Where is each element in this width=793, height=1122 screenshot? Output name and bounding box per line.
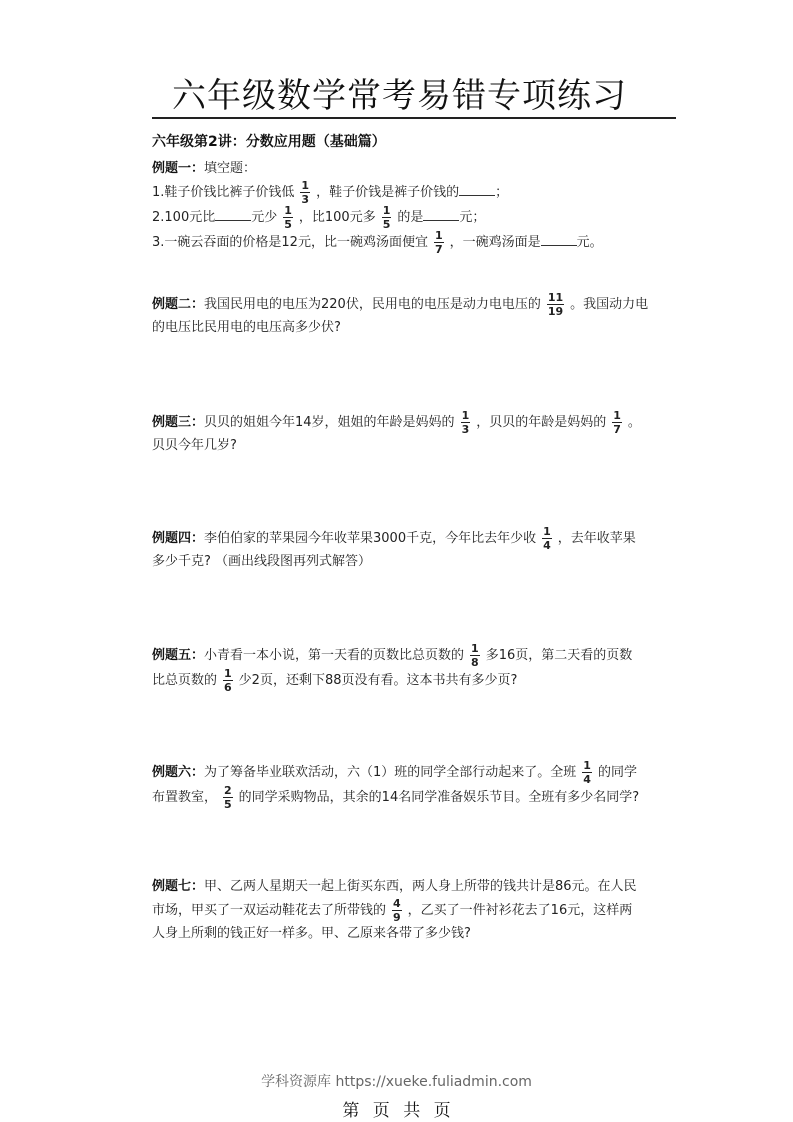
document-title: 六年级数学常考易错专项练习 bbox=[172, 68, 627, 117]
fraction: 17 bbox=[612, 410, 622, 435]
example-7: 例题七：甲、乙两人星期天一起上街买东西，两人身上所带的钱共计是86元。在人民 市… bbox=[152, 876, 680, 945]
text: 的同学采购物品，其余的14名同学准备娱乐节目。全班有多少名同学? bbox=[239, 790, 639, 805]
fraction: 16 bbox=[223, 668, 233, 693]
fraction: 13 bbox=[461, 410, 471, 435]
answer-blank bbox=[423, 208, 459, 221]
text: 市场，甲买了一双运动鞋花去了所带钱的 bbox=[152, 903, 386, 918]
fraction: 25 bbox=[223, 785, 233, 810]
text: ，去年收苹果 bbox=[558, 531, 636, 546]
text: 我国民用电的电压为220伏，民用电的电压是动力电电压的 bbox=[204, 297, 541, 312]
footer-site: 学科资源库 https://xueke.fuliadmin.com bbox=[0, 1071, 793, 1091]
example-intro: 填空题： bbox=[204, 161, 256, 176]
example-6: 例题六：为了筹备毕业联欢活动，六（1）班的同学全部行动起来了。全班14的同学 布… bbox=[152, 760, 680, 810]
answer-blank bbox=[215, 208, 251, 221]
text: ，贝贝的年龄是妈妈的 bbox=[476, 415, 606, 430]
fraction: 1119 bbox=[547, 292, 564, 317]
text: 3.一碗云吞面的价格是12元，比一碗鸡汤面便宜 bbox=[152, 235, 428, 250]
answer-blank bbox=[459, 183, 495, 196]
text: ，比100元多 bbox=[299, 210, 376, 225]
example-5: 例题五：小青看一本小说，第一天看的页数比总页数的18多16页，第二天看的页数 比… bbox=[152, 643, 680, 693]
fill-item-2: 2.100元比元少15，比100元多15的是元； bbox=[152, 205, 680, 230]
fraction: 15 bbox=[283, 205, 293, 230]
text: 2.100元比 bbox=[152, 210, 215, 225]
text: 甲、乙两人星期天一起上街买东西，两人身上所带的钱共计是86元。在人民 bbox=[204, 879, 637, 894]
text: 人身上所剩的钱正好一样多。甲、乙原来各带了多少钱? bbox=[152, 926, 471, 941]
text: 1.鞋子价钱比裤子价钱低 bbox=[152, 185, 294, 200]
text: 多少千克? （画出线段图再列式解答） bbox=[152, 554, 371, 569]
text: 小青看一本小说，第一天看的页数比总页数的 bbox=[204, 648, 464, 663]
fraction: 14 bbox=[542, 526, 552, 551]
fill-item-1: 1.鞋子价钱比裤子价钱低13，鞋子价钱是裤子价钱的； bbox=[152, 180, 680, 205]
fraction: 18 bbox=[470, 643, 480, 668]
example-label: 例题一： bbox=[152, 161, 204, 176]
text: 元。 bbox=[577, 235, 603, 250]
example-label: 例题六： bbox=[152, 765, 204, 780]
text: ，一碗鸡汤面是 bbox=[450, 235, 541, 250]
example-1: 例题一：填空题： 1.鞋子价钱比裤子价钱低13，鞋子价钱是裤子价钱的； 2.10… bbox=[152, 158, 680, 255]
text: 贝贝的姐姐今年14岁，姐姐的年龄是妈妈的 bbox=[204, 415, 455, 430]
text: 李伯伯家的苹果园今年收苹果3000千克，今年比去年少收 bbox=[204, 531, 536, 546]
text: 比总页数的 bbox=[152, 673, 217, 688]
fraction: 15 bbox=[382, 205, 392, 230]
example-label: 例题七： bbox=[152, 879, 204, 894]
example-4: 例题四：李伯伯家的苹果园今年收苹果3000千克，今年比去年少收14，去年收苹果 … bbox=[152, 526, 680, 573]
text: ，乙买了一件衬衫花去了16元，这样两 bbox=[408, 903, 633, 918]
text: 为了筹备毕业联欢活动，六（1）班的同学全部行动起来了。全班 bbox=[204, 765, 576, 780]
fraction: 49 bbox=[392, 898, 402, 923]
fill-item-3: 3.一碗云吞面的价格是12元，比一碗鸡汤面便宜17，一碗鸡汤面是元。 bbox=[152, 230, 680, 255]
fraction: 13 bbox=[300, 180, 310, 205]
title-rule bbox=[152, 117, 676, 119]
text: 的同学 bbox=[598, 765, 637, 780]
text: 布置教室， bbox=[152, 790, 217, 805]
footer-page-number: 第 页 共 页 bbox=[0, 1096, 793, 1121]
example-label: 例题四： bbox=[152, 531, 204, 546]
fraction: 14 bbox=[582, 760, 592, 785]
example-label: 例题五： bbox=[152, 648, 204, 663]
text: ； bbox=[495, 185, 508, 200]
text: ，鞋子价钱是裤子价钱的 bbox=[316, 185, 459, 200]
example-label: 例题二： bbox=[152, 297, 204, 312]
example-3: 例题三：贝贝的姐姐今年14岁，姐姐的年龄是妈妈的13，贝贝的年龄是妈妈的17。 … bbox=[152, 410, 680, 457]
text: 少2页，还剩下88页没有看。这本书共有多少页? bbox=[239, 673, 518, 688]
example-label: 例题三： bbox=[152, 415, 204, 430]
example-2: 例题二：我国民用电的电压为220伏，民用电的电压是动力电电压的1119。我国动力… bbox=[152, 292, 680, 339]
fraction: 17 bbox=[434, 230, 444, 255]
text: 贝贝今年几岁? bbox=[152, 438, 237, 453]
text: 元； bbox=[459, 210, 485, 225]
text: 元少 bbox=[251, 210, 277, 225]
text: 的电压比民用电的电压高多少伏? bbox=[152, 320, 341, 335]
text: 多16页，第二天看的页数 bbox=[486, 648, 633, 663]
lesson-subtitle: 六年级第2讲：分数应用题（基础篇） bbox=[152, 131, 386, 151]
answer-blank bbox=[541, 233, 577, 246]
text: 。 bbox=[628, 415, 641, 430]
text: 的是 bbox=[397, 210, 423, 225]
text: 。我国动力电 bbox=[570, 297, 648, 312]
